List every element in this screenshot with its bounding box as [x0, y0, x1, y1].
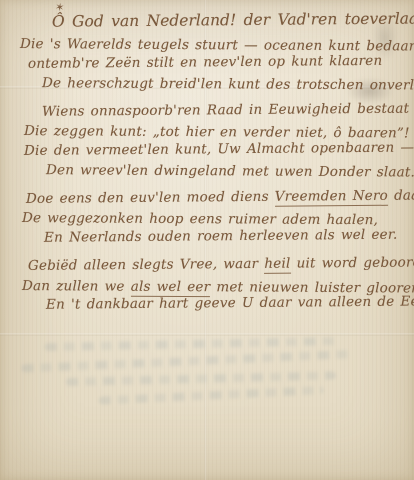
bleedthrough-line	[45, 337, 340, 351]
poem-line: De heerschzugt breid'len kunt des trotsc…	[16, 74, 414, 96]
poem-line: Wiens onnaspoorb'ren Raad in Eeuwigheid …	[16, 99, 414, 122]
stanza: Gebiëd alleen slegts Vree, waar heil uit…	[16, 257, 414, 316]
poem-line: Den wreev'len dwingeland met uwen Donder…	[16, 161, 414, 183]
poem-line: Die den vermeet'len kunt, Uw Almacht ope…	[16, 138, 414, 161]
ink-bleedthrough	[17, 334, 370, 424]
poem-segment: En 't dankbaar hart geeve U daar van all…	[46, 293, 414, 312]
stanza: Doe eens den euv'len moed diens Vreemden…	[16, 190, 414, 249]
poem-segment: Wiens onnaspoorb'ren Raad in Eeuwigheid …	[42, 100, 409, 119]
poem-segment: uit word gebooren	[290, 254, 414, 271]
poem-segment: Den wreev'len dwingeland met uwen Donder…	[46, 162, 414, 180]
poem-segment: daalen	[388, 187, 414, 203]
poem-line: En 't dankbaar hart geeve U daar van all…	[16, 293, 414, 316]
bleedthrough-line	[99, 386, 324, 405]
poem-segment: Die den vermeet'len kunt, Uw Almacht ope…	[24, 139, 414, 158]
poem: Ô God van Nederland! der Vad'ren toeverl…	[16, 9, 414, 325]
poem-segment: Ô God van Nederland! der Vad'ren toeverl…	[52, 9, 414, 30]
poem-line: Doe eens den euv'len moed diens Vreemden…	[16, 186, 414, 209]
poem-segment: Gebiëd alleen slegts Vree, waar	[28, 256, 265, 274]
poem-segment-underlined: Vreemden Nero	[275, 187, 388, 206]
poem-line: Ô God van Nederland! der Vad'ren toeverl…	[16, 6, 414, 35]
poem-segment: En Neerlands ouden roem herleeven als we…	[44, 226, 398, 245]
bleedthrough-line	[21, 350, 351, 372]
manuscript-page: ✶ Ô God van Nederland! der Vad'ren toeve…	[0, 0, 414, 480]
poem-line: ontemb're Zeën stilt en neev'len op kunt…	[16, 51, 414, 74]
stanza: Ô God van Nederland! der Vad'ren toeverl…	[16, 9, 414, 94]
poem-segment-underlined: heil	[264, 256, 290, 274]
poem-line: En Neerlands ouden roem herleeven als we…	[16, 225, 414, 248]
poem-segment: Dan zullen we	[22, 278, 131, 295]
poem-line: Gebiëd alleen slegts Vree, waar heil uit…	[16, 254, 414, 277]
bleedthrough-line	[66, 371, 336, 386]
poem-segment: De heerschzugt breid'len kunt des trotsc…	[42, 75, 414, 93]
poem-segment: Doe eens den euv'len moed diens	[26, 188, 275, 206]
poem-segment: ontemb're Zeën stilt en neev'len op kunt…	[28, 52, 382, 71]
stanza: Wiens onnaspoorb'ren Raad in Eeuwigheid …	[16, 103, 414, 181]
